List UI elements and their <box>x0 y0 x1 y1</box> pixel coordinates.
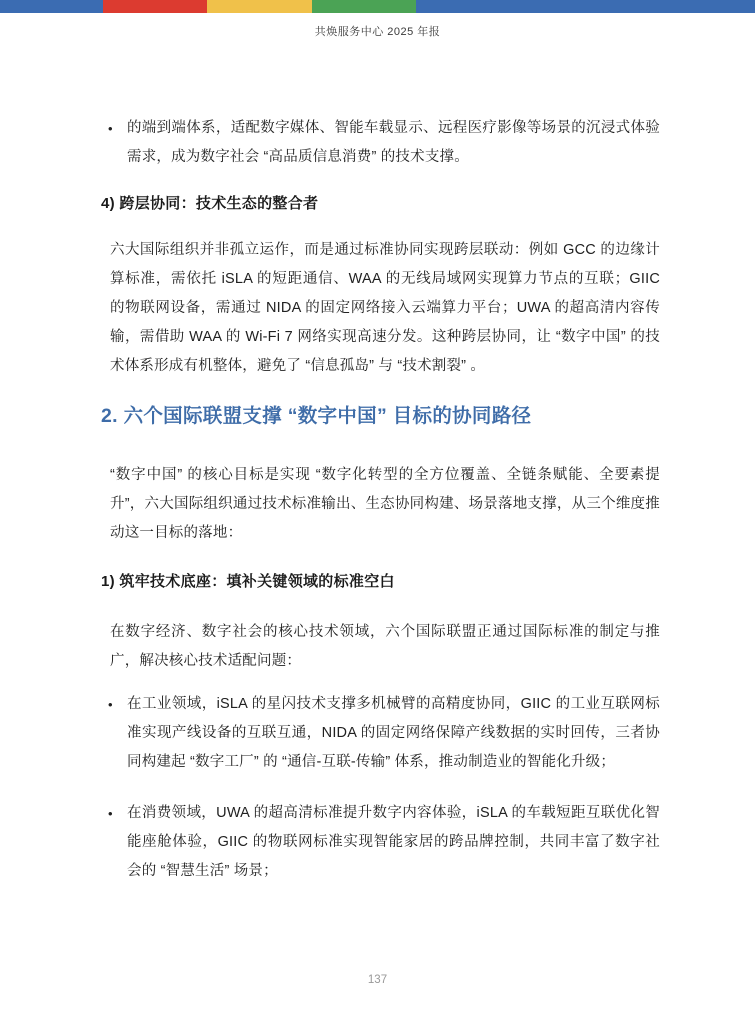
bullet-icon: • <box>108 690 127 777</box>
document-header-title: 共焕服务中心 2025 年报 <box>0 23 755 39</box>
accent-bar-segment-blue-2 <box>416 0 755 13</box>
list-item: • 在消费领域，UWA 的超高清标准提升数字内容体验，iSLA 的车载短距互联优… <box>108 799 660 886</box>
paragraph-foundation: 在数字经济、数字社会的核心技术领域，六个国际联盟正通过国际标准的制定与推广，解决… <box>110 618 660 676</box>
bullet-icon: • <box>108 799 127 886</box>
paragraph-crosslayer: 六大国际组织并非孤立运作，而是通过标准协同实现跨层联动：例如 GCC 的边缘计算… <box>110 236 660 381</box>
accent-bar-segment-blue <box>0 0 103 13</box>
consumer-bullet-text: 在消费领域，UWA 的超高清标准提升数字内容体验，iSLA 的车载短距互联优化智… <box>127 799 660 886</box>
section-heading-digital-china: 2. 六个国际联盟支撑 “数字中国” 目标的协同路径 <box>101 403 660 430</box>
heading-tech-foundation: 1) 筑牢技术底座：填补关键领域的标准空白 <box>101 571 660 592</box>
page-number: 137 <box>0 974 755 986</box>
accent-bar-segment-green <box>312 0 416 13</box>
list-item: • 在工业领域，iSLA 的星闪技术支撑多机械臂的高精度协同，GIIC 的工业互… <box>108 690 660 777</box>
accent-bar-segment-red <box>103 0 207 13</box>
heading-crosslayer-synergy: 4) 跨层协同：技术生态的整合者 <box>101 193 660 214</box>
accent-bar-segment-yellow <box>207 0 312 13</box>
list-item: • 的端到端体系，适配数字媒体、智能车载显示、远程医疗影像等场景的沉浸式体验需求… <box>108 114 660 172</box>
paragraph-goal: “数字中国” 的核心目标是实现 “数字化转型的全方位覆盖、全链条赋能、全要素提升… <box>110 461 660 548</box>
accent-bar <box>0 0 755 13</box>
intro-bullet-text: 的端到端体系，适配数字媒体、智能车载显示、远程医疗影像等场景的沉浸式体验需求，成… <box>127 114 660 172</box>
industry-bullet-text: 在工业领域，iSLA 的星闪技术支撑多机械臂的高精度协同，GIIC 的工业互联网… <box>127 690 660 777</box>
document-page: 共焕服务中心 2025 年报 • 的端到端体系，适配数字媒体、智能车载显示、远程… <box>0 0 755 1024</box>
document-body: • 的端到端体系，适配数字媒体、智能车载显示、远程医疗影像等场景的沉浸式体验需求… <box>0 114 755 886</box>
bullet-icon: • <box>108 114 127 172</box>
